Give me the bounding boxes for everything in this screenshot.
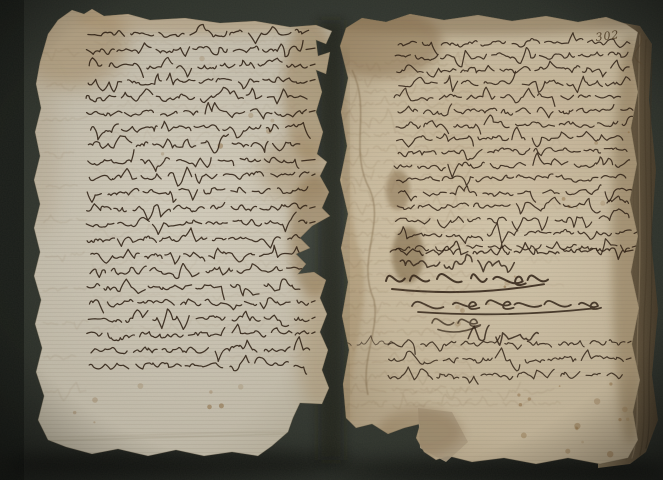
manuscript-scan: 302: [0, 0, 663, 480]
manuscript-photo: 302: [0, 0, 663, 480]
vignette-overlay: [0, 0, 663, 480]
